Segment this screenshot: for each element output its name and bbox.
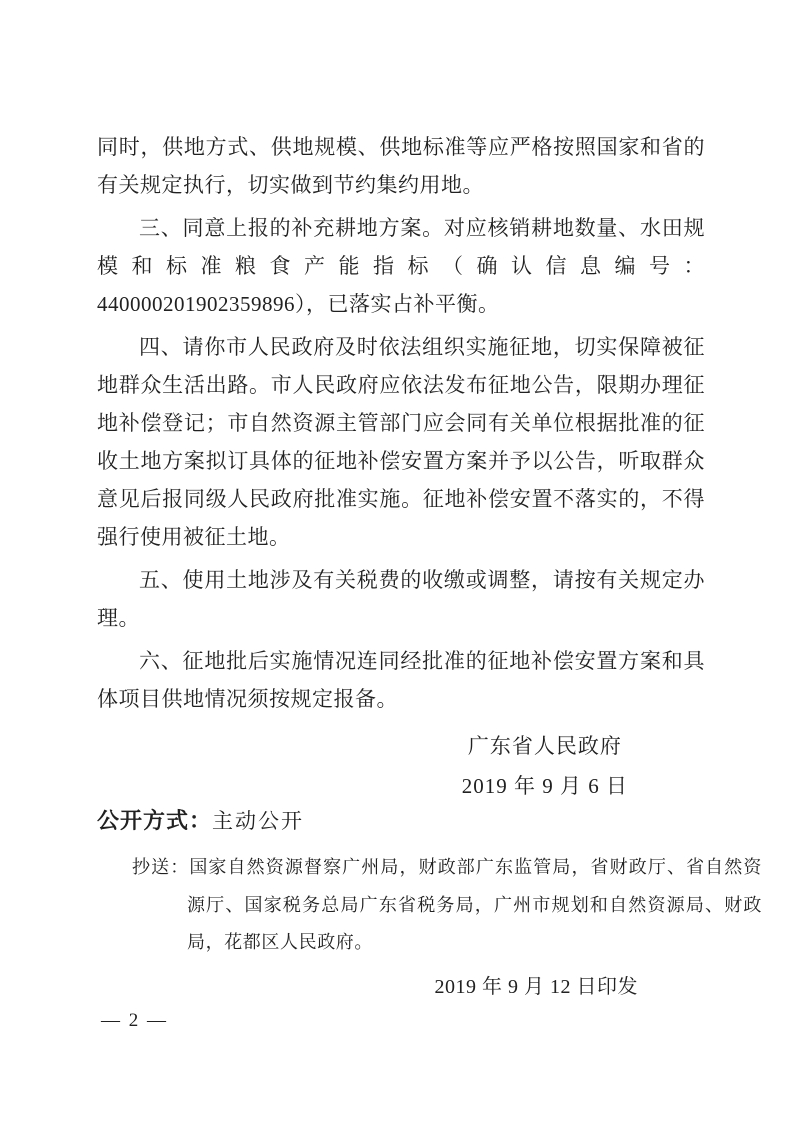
- cc-block: 抄送：国家自然资源督察广州局，财政部广东监管局，省财政厅、省自然资源厅、国家税务…: [132, 849, 762, 962]
- document-page: 同时，供地方式、供地规模、供地标准等应严格按照国家和省的有关规定执行，切实做到节…: [0, 0, 800, 1131]
- signature-issuer: 广东省人民政府: [462, 726, 628, 766]
- signature-date: 2019 年 9 月 6 日: [462, 766, 628, 806]
- document-body: 同时，供地方式、供地规模、供地标准等应严格按照国家和省的有关规定执行，切实做到节…: [97, 128, 705, 723]
- cc-label: 抄送：: [132, 857, 189, 877]
- body-paragraph-item-5: 五、使用土地涉及有关税费的收缴或调整，请按有关规定办理。: [97, 561, 705, 637]
- body-paragraph-continuation: 同时，供地方式、供地规模、供地标准等应严格按照国家和省的有关规定执行，切实做到节…: [97, 128, 705, 204]
- disclosure-label: 公开方式：: [97, 808, 212, 833]
- cc-text: 国家自然资源督察广州局，财政部广东监管局，省财政厅、省自然资源厅、国家税务总局广…: [187, 857, 762, 952]
- signature-block: 广东省人民政府 2019 年 9 月 6 日: [462, 726, 628, 806]
- body-paragraph-item-3: 三、同意上报的补充耕地方案。对应核销耕地数量、水田规模和标准粮食产能指标（确认信…: [97, 209, 705, 323]
- print-date: 2019 年 9 月 12 日印发: [435, 973, 639, 1001]
- body-paragraph-item-4: 四、请你市人民政府及时依法组织实施征地，切实保障被征地群众生活出路。市人民政府应…: [97, 328, 705, 556]
- page-number: — 2 —: [101, 1008, 168, 1034]
- disclosure-value: 主动公开: [212, 809, 304, 833]
- disclosure-line: 公开方式：主动公开: [97, 806, 304, 836]
- body-paragraph-item-6: 六、征地批后实施情况连同经批准的征地补偿安置方案和具体项目供地情况须按规定报备。: [97, 642, 705, 718]
